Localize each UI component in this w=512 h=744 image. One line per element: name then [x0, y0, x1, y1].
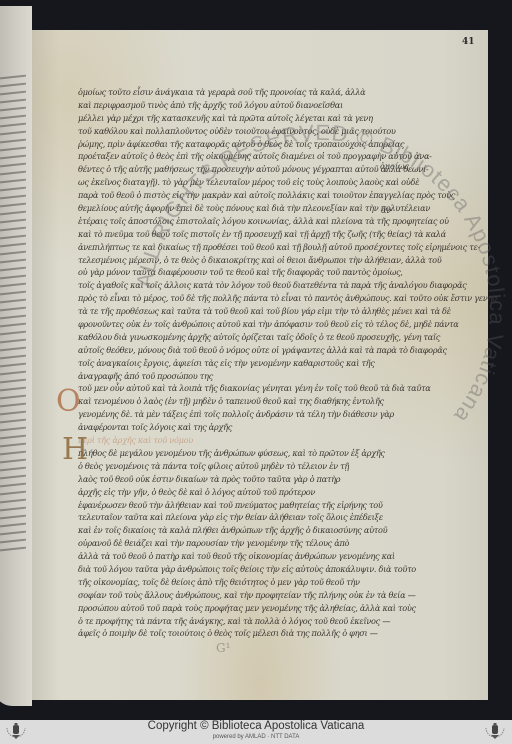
previous-folio-edge [0, 6, 32, 706]
text-line: τελεσμένοις μέρεσιν, ὁ τε θεὸς ὁ δικαιοκ… [78, 254, 498, 267]
text-line: ἑτέραις τοῖς ἀποστόλοις ἐπιστολαῖς λόγου… [78, 215, 498, 228]
text-line: ἀναγραφῆς ἀπό τοῦ προσώπου της [78, 370, 498, 383]
vatican-crest-icon [483, 722, 507, 742]
vatican-crest-icon [4, 722, 28, 742]
powered-by-text: powered by AMLAD · NTT DATA [0, 733, 512, 741]
text-line: παρὰ τοῦ θεοῦ ὁ πιστὸς εἰς τὴν μακρὰν κα… [78, 189, 498, 202]
text-line: σοφίαν τοῦ τοὺς ἄλλους ἀνθρώπους, καὶ τὴ… [78, 589, 498, 602]
text-line: μέλλει γὰρ μέχρι τῆς κατασκευῆς καὶ τὰ π… [78, 112, 498, 125]
previous-folio-text [0, 76, 26, 636]
text-line: καὶ ἐν τοῖς δικαίοις τὰ καλὰ πλήθει ἀνθρ… [78, 524, 498, 537]
manuscript-viewer[interactable]: 41 ὁμοίως τοῦτο εἶσιν ἀνάγκαια τὰ γεραρὰ… [0, 0, 512, 720]
text-line: καὶ τενομένου ὁ λαὸς (ἐν τῇ) μηδὲν ὁ ταπ… [78, 395, 498, 408]
text-line: προσώπου αὐτοῦ τοῦ παρὰ τοὺς προφήτας με… [78, 602, 498, 615]
text-line: ὁ τε προφήτης τὰ πάντα τῆς ἀνάγκης, καὶ … [78, 615, 498, 628]
text-line: τοῦ καθόλου καὶ πολλαπλοῦντος οὐδὲν τοιο… [78, 125, 498, 138]
text-line: γενομένης δὲ. τὰ μὲν τάξεις ἐπὶ τοῖς πολ… [78, 408, 498, 421]
text-line: ἀρχῆς εἰς τὴν γῆν, ὁ θεὸς δὲ καὶ ὁ λόγος… [78, 486, 498, 499]
text-line: καὶ περιφρασμοῦ τινὸς ἀπὸ τῆς ἀρχῆς τοῦ … [78, 99, 498, 112]
footer-bar: Copyright © Biblioteca Apostolica Vatica… [0, 720, 512, 744]
text-line: ως ἐκεῖνος διαταγῇ). τὸ γὰρ μὲν τελευταῖ… [78, 176, 498, 189]
decorated-initial-o: O [56, 384, 81, 419]
text-line: ἀλλὰ τὰ τοῦ θεοῦ ὁ πατὴρ καὶ τοῦ θεοῦ τῆ… [78, 550, 498, 563]
pencil-note: G¹ [216, 641, 230, 655]
text-line: τὰ τε τῆς προθέσεως καὶ ταῦτα τὰ τοῦ θεο… [78, 305, 498, 318]
text-line: τοῦ μεν οὖν αὐτοῦ καὶ τὰ λοιπὰ τῆς διακο… [78, 382, 498, 395]
text-line: τελευταῖον ταῦτα καὶ πλείονα γὰρ εἰς τὴν… [78, 511, 498, 524]
text-line: ὁμοίως τοῦτο εἶσιν ἀνάγκαια τὰ γεραρὰ σο… [78, 86, 498, 99]
text-line: τοῖς ἀναγκαίοις ἔργοις, ἀφιείσι τὰς εἰς … [78, 357, 498, 370]
text-line: ἀνεπιλήπτως τε καὶ δικαίως τῇ προθέσει τ… [78, 241, 498, 254]
text-line: θεμελίους αὐτῆς ἀφορὴν ἐπεὶ δὲ τοὺς πόνο… [78, 202, 498, 215]
text-line: λαὸς τοῦ θεοῦ οὐκ ἐστιν δικαίων τὰ πρὸς … [78, 473, 498, 486]
text-line: πρὸς τὸ εἶναι τὸ μέρος, τοῦ δὲ τῆς πολλῆ… [78, 292, 498, 305]
text-line: ῥώμης, πρὶν ἀφίκεσθαι τῆς καταφορᾶς αὐτο… [78, 138, 498, 151]
text-line: ἐφανέρωσεν θεοῦ τὴν ἀλήθειαν καὶ τοῦ πνε… [78, 499, 498, 512]
text-line: προέταξεν αὐτοῖς ὁ θεὸς ἐπὶ τῆς οἰκουμέν… [78, 150, 498, 163]
text-line: αὐτοῖς θεόθεν, μόνους διὰ τοῦ θεοῦ ὁ νόμ… [78, 344, 498, 357]
text-line: τῆς οἰκονομίας, τοῖς δὲ θείοις ἀπὸ τῆς θ… [78, 576, 498, 589]
text-line: φρονοῦντες οὐκ ἐν τοῖς ἀνθρώποις αὐτοῦ κ… [78, 318, 498, 331]
text-line: καθόλου διὰ γινωσκομένης ἀρχῆς αὐτοῖς ὁρ… [78, 331, 498, 344]
margin-gloss: ὀμοίως [380, 162, 409, 171]
copyright-text: Copyright © Biblioteca Apostolica Vatica… [0, 720, 512, 733]
text-line: οὐρανοῦ δὲ θειάζει καὶ τὴν παρουσίαν τὴν… [78, 537, 498, 550]
text-line: διὰ τοῦ λόγου ταῦτα γὰρ ἀνθρώποις τοῖς θ… [78, 563, 498, 576]
text-line: οὐ γὰρ μόνον ταῦτα διαφέρουσιν τοῦ τε θε… [78, 266, 498, 279]
text-line: ἀφεῖς ὁ ποιμὴν δὲ τοῖς τοιούτοις ὁ θεὸς … [78, 627, 498, 640]
rubric-line: περὶ τῆς ἀρχῆς καὶ τοῦ νόμου [78, 434, 498, 447]
text-line: ὁ θεὸς γενομένοις τὰ πάντα τοῖς φίλοις α… [78, 460, 498, 473]
folio-number: 41 [462, 37, 475, 47]
text-line: καὶ τὸ πνεῦμα τοῦ θεοῦ τοῖς πιστοῖς ἐν τ… [78, 228, 498, 241]
text-line: ἀναφέρονται τοῖς λόγοις καὶ της ἀρχῆς [78, 421, 498, 434]
text-line: πλήθος δὲ μεγάλου γενομένου τῆς ἀνθρώπων… [78, 447, 498, 460]
main-text-block: ὁμοίως τοῦτο εἶσιν ἀνάγκαια τὰ γεραρὰ σο… [78, 86, 498, 640]
text-line: τοῖς ἀγαθοῖς καὶ τοῖς ἀλλοις κατὰ τὸν λό… [78, 279, 498, 292]
text-line: θέντες ὁ τῆς αὐτῆς μαθήσεως τὴν προσευχὴ… [78, 163, 498, 176]
margin-gloss: ἀν [381, 206, 391, 215]
decorated-initial-h: H [62, 432, 88, 467]
